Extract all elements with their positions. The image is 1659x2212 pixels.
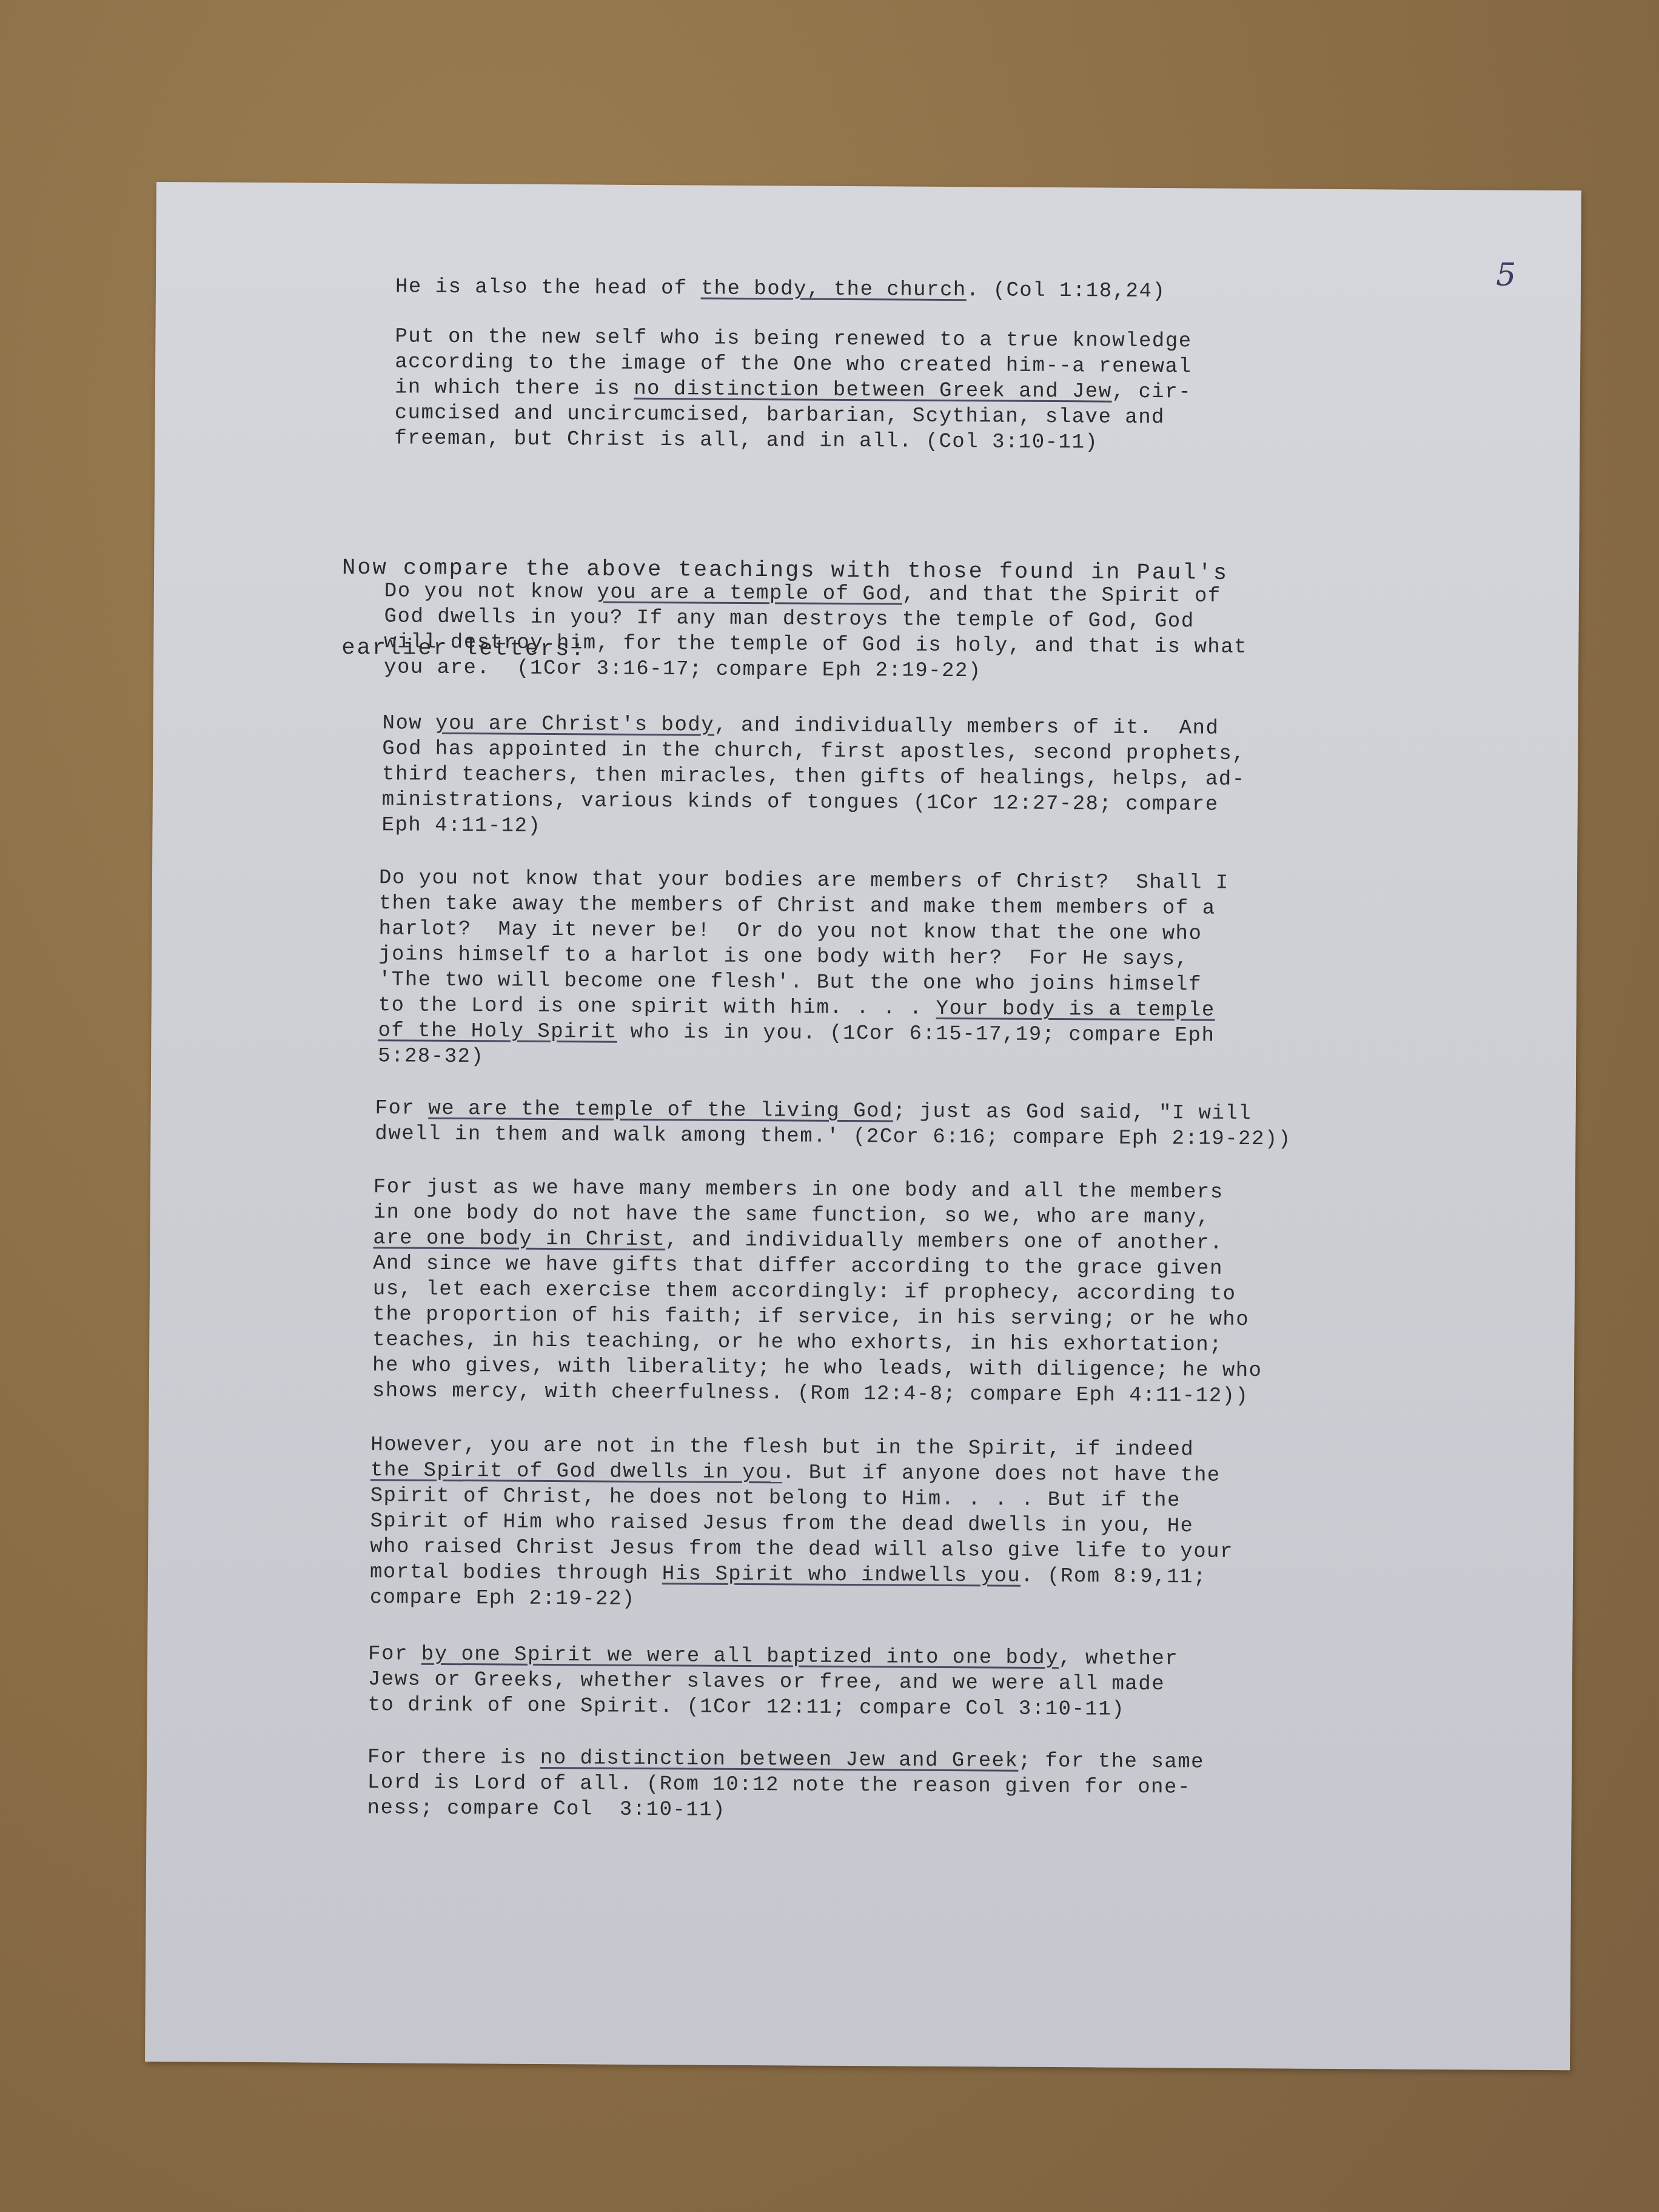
- text-line: shows mercy, with cheerfulness. (Rom 12:…: [372, 1378, 1262, 1409]
- text-run: , and individually members of it. And: [714, 714, 1219, 740]
- text-run: shows mercy, with cheerfulness. (Rom 12:…: [372, 1379, 1249, 1408]
- underlined-phrase: His Spirit who indwells you: [662, 1563, 1021, 1588]
- text-run: , cir-: [1112, 381, 1192, 404]
- underlined-phrase: are one body in Christ: [373, 1227, 665, 1252]
- text-line: Eph 4:11-12): [381, 813, 1245, 843]
- text-line: freeman, but Christ is all, and in all. …: [394, 426, 1191, 456]
- text-line: ness; compare Col 3:10-11): [367, 1795, 1204, 1826]
- text-run: according to the image of the One who cr…: [395, 350, 1191, 378]
- underlined-phrase: the Spirit of God dwells in you: [370, 1459, 782, 1484]
- underlined-phrase: the body, the church: [701, 277, 967, 302]
- text-run: He is also the head of: [395, 275, 701, 300]
- text-run: who raised Christ Jesus from the dead wi…: [370, 1535, 1233, 1564]
- text-run: then take away the members of Christ and…: [379, 892, 1216, 920]
- text-line: compare Eph 2:19-22): [370, 1585, 1233, 1616]
- text-run: us, let each exercise them accordingly: …: [373, 1278, 1236, 1306]
- page-number: 5: [1496, 256, 1516, 293]
- text-run: in which there is: [395, 376, 634, 400]
- quote-rom-10-12: For there is no distinction between Jew …: [367, 1744, 1204, 1826]
- text-line: 5:28-32): [378, 1044, 1228, 1074]
- text-run: he who gives, with liberality; he who le…: [372, 1354, 1262, 1382]
- text-run: ness; compare Col 3:10-11): [367, 1797, 726, 1822]
- text-run: And since we have gifts that differ acco…: [373, 1252, 1223, 1281]
- underlined-phrase: we are the temple of the living God: [428, 1098, 893, 1124]
- text-run: However, you are not in the flesh but in…: [370, 1433, 1194, 1461]
- text-run: mortal bodies through: [370, 1561, 662, 1586]
- text-run: who is in you. (1Cor 6:15-17,19; compare…: [617, 1021, 1215, 1048]
- quote-1cor-12-13: For by one Spirit we were all baptized i…: [368, 1641, 1179, 1723]
- text-run: harlot? May it never be! Or do you not k…: [378, 917, 1202, 945]
- text-run: God dwells in you? If any man destroys t…: [384, 605, 1195, 633]
- text-run: joins himself to a harlot is one body wi…: [378, 943, 1188, 971]
- quote-rom-8-9: However, you are not in the flesh but in…: [370, 1432, 1234, 1616]
- text-run: to drink of one Spirit. (1Cor 12:11; com…: [368, 1694, 1125, 1721]
- text-line: of the Holy Spirit who is in you. (1Cor …: [378, 1018, 1228, 1049]
- text-run: the proportion of his faith; if service,…: [372, 1303, 1249, 1332]
- text-run: Spirit of Christ, he does not belong to …: [370, 1484, 1181, 1512]
- text-run: Lord is Lord of all. (Rom 10:12 note the…: [367, 1771, 1191, 1799]
- underlined-phrase: of the Holy Spirit: [378, 1019, 617, 1044]
- underlined-phrase: Your body is a temple: [936, 997, 1215, 1022]
- text-run: ; for the same: [1018, 1750, 1204, 1774]
- text-run: Eph 4:11-12): [381, 814, 541, 838]
- text-run: , whether: [1059, 1647, 1178, 1671]
- text-run: For just as we have many members in one …: [374, 1176, 1224, 1204]
- text-run: . (Col 1:18,24): [967, 279, 1166, 303]
- text-run: freeman, but Christ is all, and in all. …: [394, 427, 1098, 454]
- text-run: ministrations, various kinds of tongues …: [382, 788, 1219, 816]
- text-run: Jews or Greeks, whether slaves or free, …: [368, 1668, 1165, 1696]
- text-run: For there is: [367, 1746, 540, 1770]
- text-run: will destroy him, for the temple of God …: [384, 631, 1247, 659]
- text-run: For: [375, 1097, 429, 1121]
- text-run: compare Eph 2:19-22): [370, 1586, 635, 1611]
- quote-col-1-18: He is also the head of the body, the chu…: [395, 274, 1166, 304]
- underlined-phrase: you are Christ's body: [435, 712, 714, 737]
- text-run: Do you not know that your bodies are mem…: [379, 866, 1229, 895]
- text-run: Do you not know: [384, 580, 597, 604]
- text-run: , and individually members one of anothe…: [665, 1228, 1223, 1255]
- text-line: He is also the head of the body, the chu…: [395, 274, 1166, 304]
- text-run: dwell in them and walk among them.' (2Co…: [375, 1122, 1292, 1151]
- document-page: 5 He is also the head of the body, the c…: [145, 182, 1581, 2070]
- text-run: cumcised and uncircumcised, barbarian, S…: [395, 401, 1165, 429]
- quote-1cor-12-27: Now you are Christ's body, and individua…: [381, 711, 1245, 843]
- text-run: 5:28-32): [378, 1045, 484, 1068]
- text-run: you are. (1Cor 3:16-17; compare Eph 2:19…: [384, 656, 982, 683]
- text-run: For: [368, 1643, 421, 1666]
- quote-2cor-6-16: For we are the temple of the living God;…: [375, 1096, 1292, 1152]
- text-run: teaches, in his teaching, or he who exho…: [372, 1329, 1222, 1357]
- text-run: , and that the Spirit of: [902, 583, 1221, 608]
- text-run: to the Lord is one spirit with him. . . …: [378, 994, 936, 1021]
- underlined-phrase: you are a temple of God: [597, 581, 902, 606]
- text-run: in one body do not have the same functio…: [374, 1201, 1210, 1229]
- text-run: Spirit of Him who raised Jesus from the …: [370, 1510, 1193, 1538]
- text-line: dwell in them and walk among them.' (2Co…: [375, 1121, 1292, 1152]
- quote-1cor-6-15: Do you not know that your bodies are mem…: [378, 865, 1229, 1074]
- text-line: to drink of one Spirit. (1Cor 12:11; com…: [368, 1692, 1178, 1723]
- text-run: Now: [382, 712, 435, 736]
- text-run: 'The two will become one flesh'. But the…: [378, 968, 1202, 996]
- quote-1cor-3-16: Do you not know you are a temple of God,…: [384, 578, 1248, 686]
- quote-rom-12-4: For just as we have many members in one …: [372, 1175, 1264, 1409]
- quote-col-3-10: Put on the new self who is being renewed…: [394, 324, 1191, 456]
- text-run: ; just as God said, "I will: [893, 1100, 1252, 1125]
- document-body: He is also the head of the body, the chu…: [156, 182, 1581, 190]
- text-run: third teachers, then miracles, then gift…: [382, 763, 1245, 791]
- text-run: God has appointed in the church, first a…: [382, 737, 1245, 766]
- text-run: Put on the new self who is being renewed…: [395, 325, 1191, 353]
- text-line: you are. (1Cor 3:16-17; compare Eph 2:19…: [384, 655, 1247, 686]
- text-run: . (Rom 8:9,11;: [1021, 1565, 1207, 1589]
- underlined-phrase: no distinction between Jew and Greek: [540, 1747, 1019, 1773]
- underlined-phrase: no distinction between Greek and Jew: [634, 378, 1112, 404]
- text-run: . But if anyone does not have the: [782, 1461, 1221, 1487]
- underlined-phrase: by one Spirit we were all baptized into …: [421, 1643, 1059, 1670]
